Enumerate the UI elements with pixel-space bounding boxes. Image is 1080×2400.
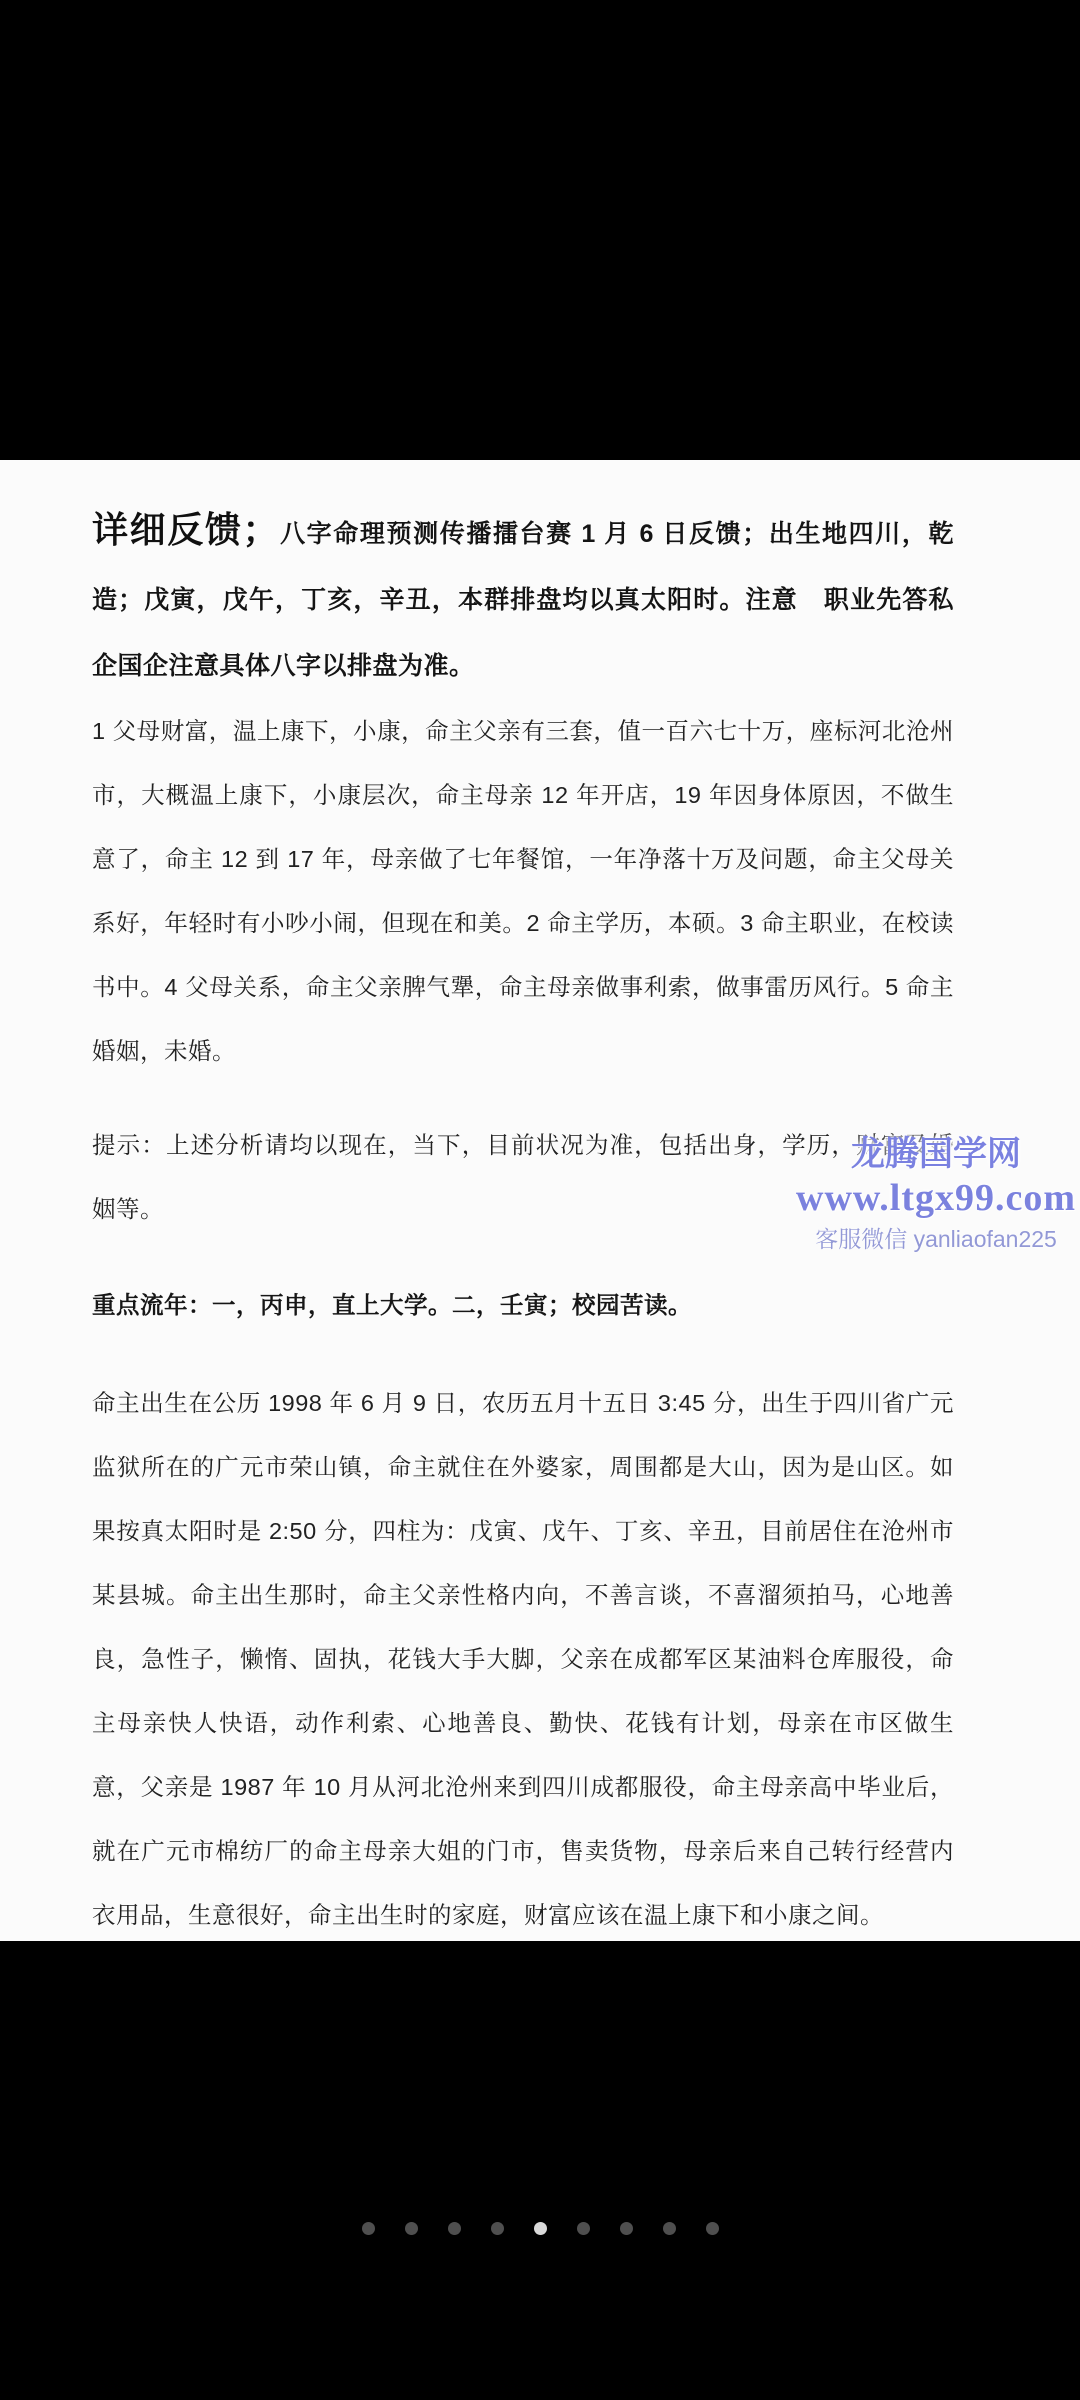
bottom-letterbox: [0, 1941, 1080, 2400]
hint-paragraph: 提示：上述分析请均以现在，当下，目前状况为准，包括出身，学历，财富及婚姻等。: [92, 1113, 954, 1241]
page-dot-4[interactable]: [491, 2222, 504, 2235]
key-years-paragraph: 重点流年：一，丙申，直上大学。二，壬寅；校园苦读。: [92, 1273, 954, 1337]
screen: 详细反馈；八字命理预测传播擂台赛 1 月 6 日反馈；出生地四川，乾造；戊寅，戊…: [0, 0, 1080, 2400]
page-dot-9[interactable]: [706, 2222, 719, 2235]
document-page: 详细反馈；八字命理预测传播擂台赛 1 月 6 日反馈；出生地四川，乾造；戊寅，戊…: [0, 460, 1080, 1941]
page-dot-1[interactable]: [362, 2222, 375, 2235]
page-indicator: [0, 2222, 1080, 2235]
page-dot-8[interactable]: [663, 2222, 676, 2235]
analysis-paragraph: 1 父母财富，温上康下，小康，命主父亲有三套，值一百六七十万，座标河北沧州市，大…: [92, 699, 954, 1083]
page-dot-6[interactable]: [577, 2222, 590, 2235]
birth-paragraph: 命主出生在公历 1998 年 6 月 9 日，农历五月十五日 3:45 分，出生…: [92, 1371, 954, 1947]
page-dot-5[interactable]: [534, 2222, 547, 2235]
page-dot-3[interactable]: [448, 2222, 461, 2235]
page-dot-2[interactable]: [405, 2222, 418, 2235]
intro-lead: 详细反馈；: [92, 509, 279, 550]
page-dot-7[interactable]: [620, 2222, 633, 2235]
intro-paragraph: 详细反馈；八字命理预测传播擂台赛 1 月 6 日反馈；出生地四川，乾造；戊寅，戊…: [92, 497, 954, 699]
top-letterbox: [0, 0, 1080, 460]
